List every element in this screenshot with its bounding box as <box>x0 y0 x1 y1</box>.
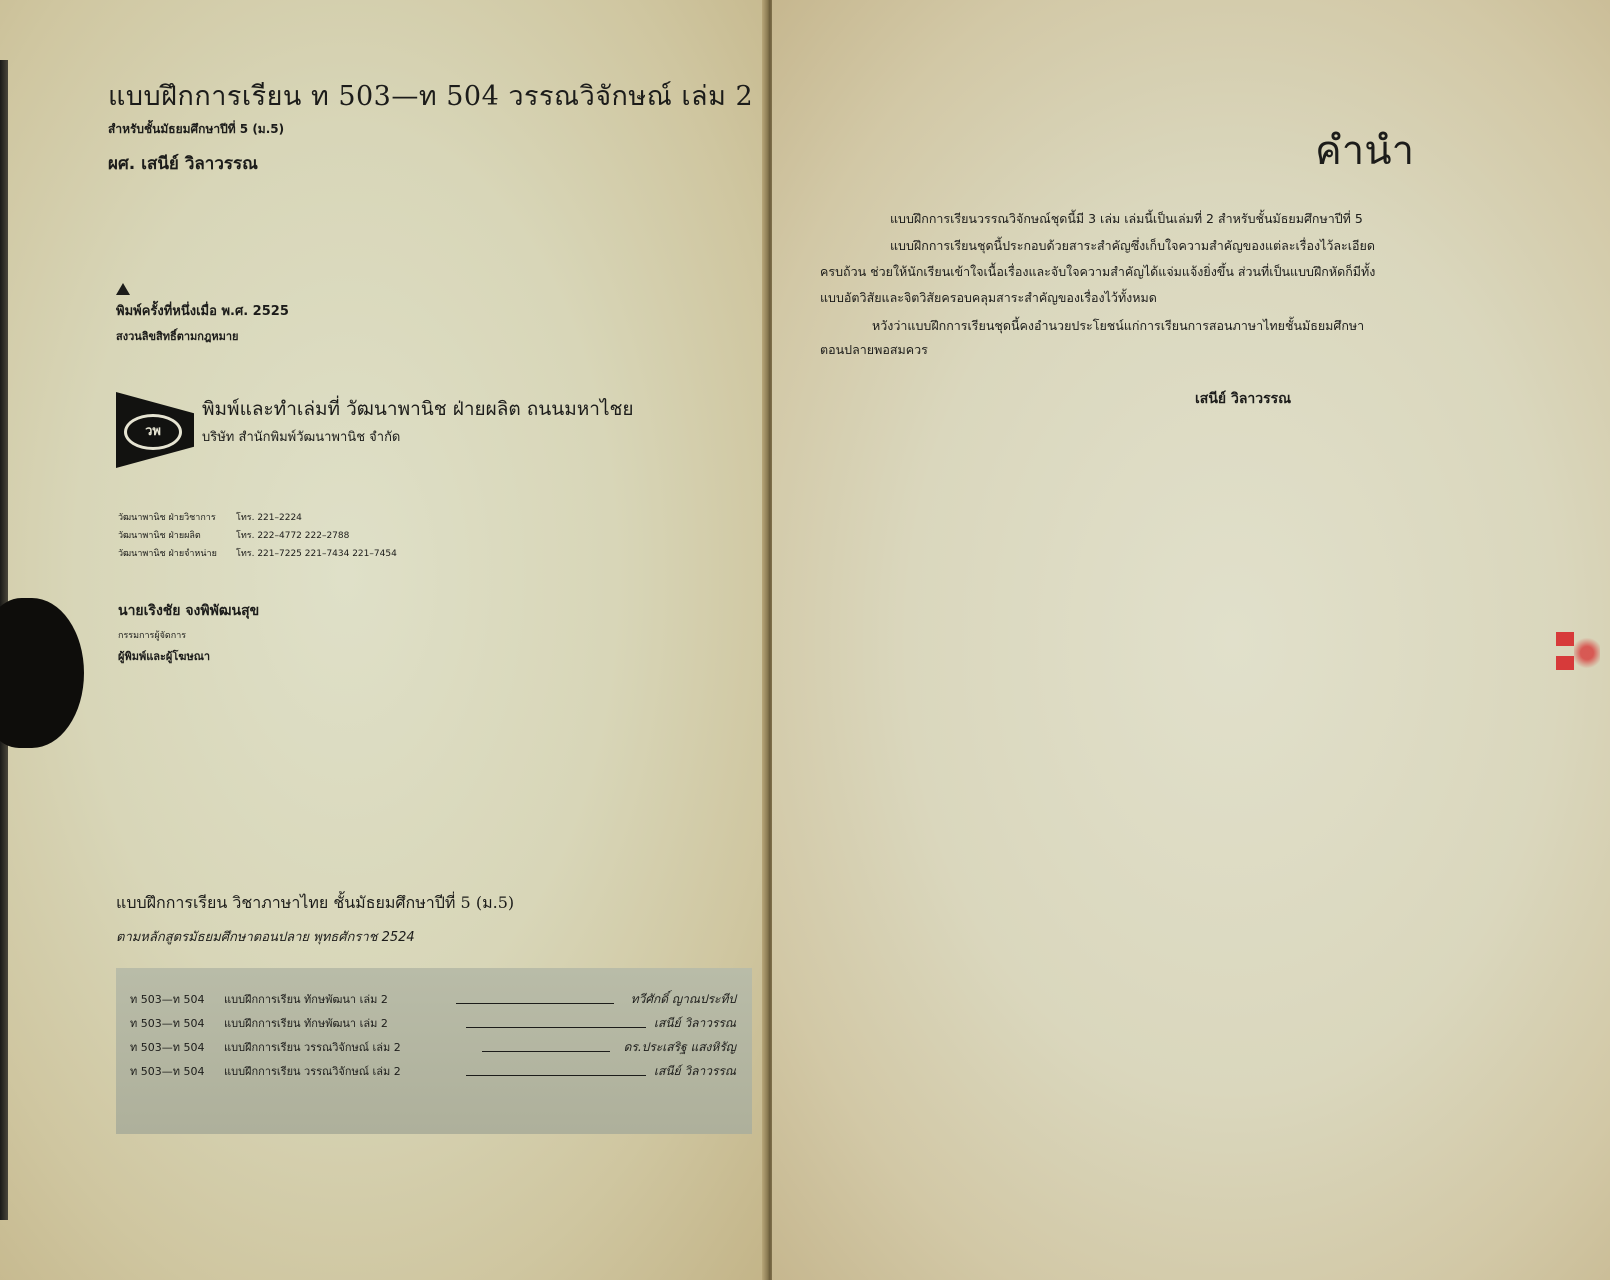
series-author: เสนีย์ วิลาวรรณ <box>654 1014 736 1033</box>
series-item: ท 503—ท 504 แบบฝึกการเรียน วรรณวิจักษณ์ … <box>130 1038 736 1056</box>
foreword-line: ครบถ้วน ช่วยให้นักเรียนเข้าใจเนื้อเรื่อง… <box>820 262 1375 282</box>
series-item: ท 503—ท 504 แบบฝึกการเรียน วรรณวิจักษณ์ … <box>130 1062 736 1080</box>
thumb-shadow <box>0 598 84 748</box>
series-code: ท 503—ท 504 <box>130 1014 205 1032</box>
series-list: ท 503—ท 504 แบบฝึกการเรียน ทักษพัฒนา เล่… <box>116 968 752 1134</box>
series-author: ดร.ประเสริฐ แสงหิรัญ <box>624 1038 736 1057</box>
series-title: แบบฝึกการเรียน วิชาภาษาไทย ชั้นมัธยมศึกษ… <box>116 891 514 916</box>
series-name: แบบฝึกการเรียน ทักษพัฒนา เล่ม 2 <box>224 1014 388 1032</box>
contact-dept: วัฒนาพานิช ฝ่ายจำหน่าย <box>118 546 236 560</box>
leader-line <box>466 1027 646 1028</box>
series-code: ท 503—ท 504 <box>130 1062 205 1080</box>
series-name: แบบฝึกการเรียน วรรณวิจักษณ์ เล่ม 2 <box>224 1062 401 1080</box>
foreword-line: แบบอัตวิสัยและจิตวิสัยครอบคลุมสาระสำคัญข… <box>820 288 1157 308</box>
series-subtitle: ตามหลักสูตรมัธยมศึกษาตอนปลาย พุทธศักราช … <box>116 926 415 947</box>
series-item: ท 503—ท 504 แบบฝึกการเรียน ทักษพัฒนา เล่… <box>130 990 736 1008</box>
director-name: นายเริงชัย จงพิพัฒนสุข <box>118 600 259 622</box>
series-code: ท 503—ท 504 <box>130 990 205 1008</box>
red-ink-stain <box>1556 632 1602 674</box>
book-spread: แบบฝึกการเรียน ท 503—ท 504 วรรณวิจักษณ์ … <box>0 0 1610 1280</box>
contact-phones: โทร. 221–2224 <box>236 513 302 523</box>
publisher-company: บริษัท สำนักพิมพ์วัฒนาพานิช จำกัด <box>202 426 400 447</box>
first-printing: พิมพ์ครั้งที่หนึ่งเมื่อ พ.ศ. 2525 <box>116 300 289 321</box>
book-author: ผศ. เสนีย์ วิลาวรรณ <box>108 150 258 177</box>
series-code: ท 503—ท 504 <box>130 1038 205 1056</box>
contact-phones: โทร. 221–7225 221–7434 221–7454 <box>236 549 397 559</box>
foreword-line: แบบฝึกการเรียนชุดนี้ประกอบด้วยสาระสำคัญซ… <box>890 236 1375 256</box>
series-name: แบบฝึกการเรียน ทักษพัฒนา เล่ม 2 <box>224 990 388 1008</box>
publisher-logo-text: วพ <box>124 414 182 450</box>
series-item: ท 503—ท 504 แบบฝึกการเรียน ทักษพัฒนา เล่… <box>130 1014 736 1032</box>
publisher-label: ผู้พิมพ์และผู้โฆษณา <box>118 647 210 665</box>
printed-at: พิมพ์และทำเล่มที่ วัฒนาพานิช ฝ่ายผลิต ถน… <box>202 394 634 424</box>
foreword-title: คำนำ <box>1315 118 1414 182</box>
foreword-line: ตอนปลายพอสมควร <box>820 340 928 360</box>
series-author: เสนีย์ วิลาวรรณ <box>654 1062 736 1081</box>
leader-line <box>482 1051 610 1052</box>
contact-row: วัฒนาพานิช ฝ่ายวิชาการโทร. 221–2224 <box>118 510 302 524</box>
contact-dept: วัฒนาพานิช ฝ่ายวิชาการ <box>118 510 236 524</box>
foreword-line: หวังว่าแบบฝึกการเรียนชุดนี้คงอำนวยประโยช… <box>872 316 1364 336</box>
contact-row: วัฒนาพานิช ฝ่ายจำหน่ายโทร. 221–7225 221–… <box>118 546 397 560</box>
contact-dept: วัฒนาพานิช ฝ่ายผลิต <box>118 528 236 542</box>
series-name: แบบฝึกการเรียน วรรณวิจักษณ์ เล่ม 2 <box>224 1038 401 1056</box>
left-page-colophon: แบบฝึกการเรียน ท 503—ท 504 วรรณวิจักษณ์ … <box>0 0 768 1280</box>
leader-line <box>456 1003 614 1004</box>
contact-phones: โทร. 222–4772 222–2788 <box>236 531 349 541</box>
book-title: แบบฝึกการเรียน ท 503—ท 504 วรรณวิจักษณ์ … <box>108 74 753 117</box>
triangle-icon <box>116 283 130 295</box>
leader-line <box>466 1075 646 1076</box>
foreword-line: แบบฝึกการเรียนวรรณวิจักษณ์ชุดนี้มี 3 เล่… <box>890 209 1363 229</box>
contact-row: วัฒนาพานิช ฝ่ายผลิตโทร. 222–4772 222–278… <box>118 528 349 542</box>
publisher-logo-icon: วพ <box>116 392 194 468</box>
book-subtitle: สำหรับชั้นมัธยมศึกษาปีที่ 5 (ม.5) <box>108 120 284 139</box>
series-author: ทวีศักดิ์ ญาณประทีป <box>631 990 736 1009</box>
right-page-foreword: คำนำ แบบฝึกการเรียนวรรณวิจักษณ์ชุดนี้มี … <box>772 0 1610 1280</box>
foreword-signature: เสนีย์ วิลาวรรณ <box>1195 388 1291 410</box>
copyright-notice: สงวนลิขสิทธิ์ตามกฎหมาย <box>116 327 238 345</box>
director-role: กรรมการผู้จัดการ <box>118 628 186 642</box>
